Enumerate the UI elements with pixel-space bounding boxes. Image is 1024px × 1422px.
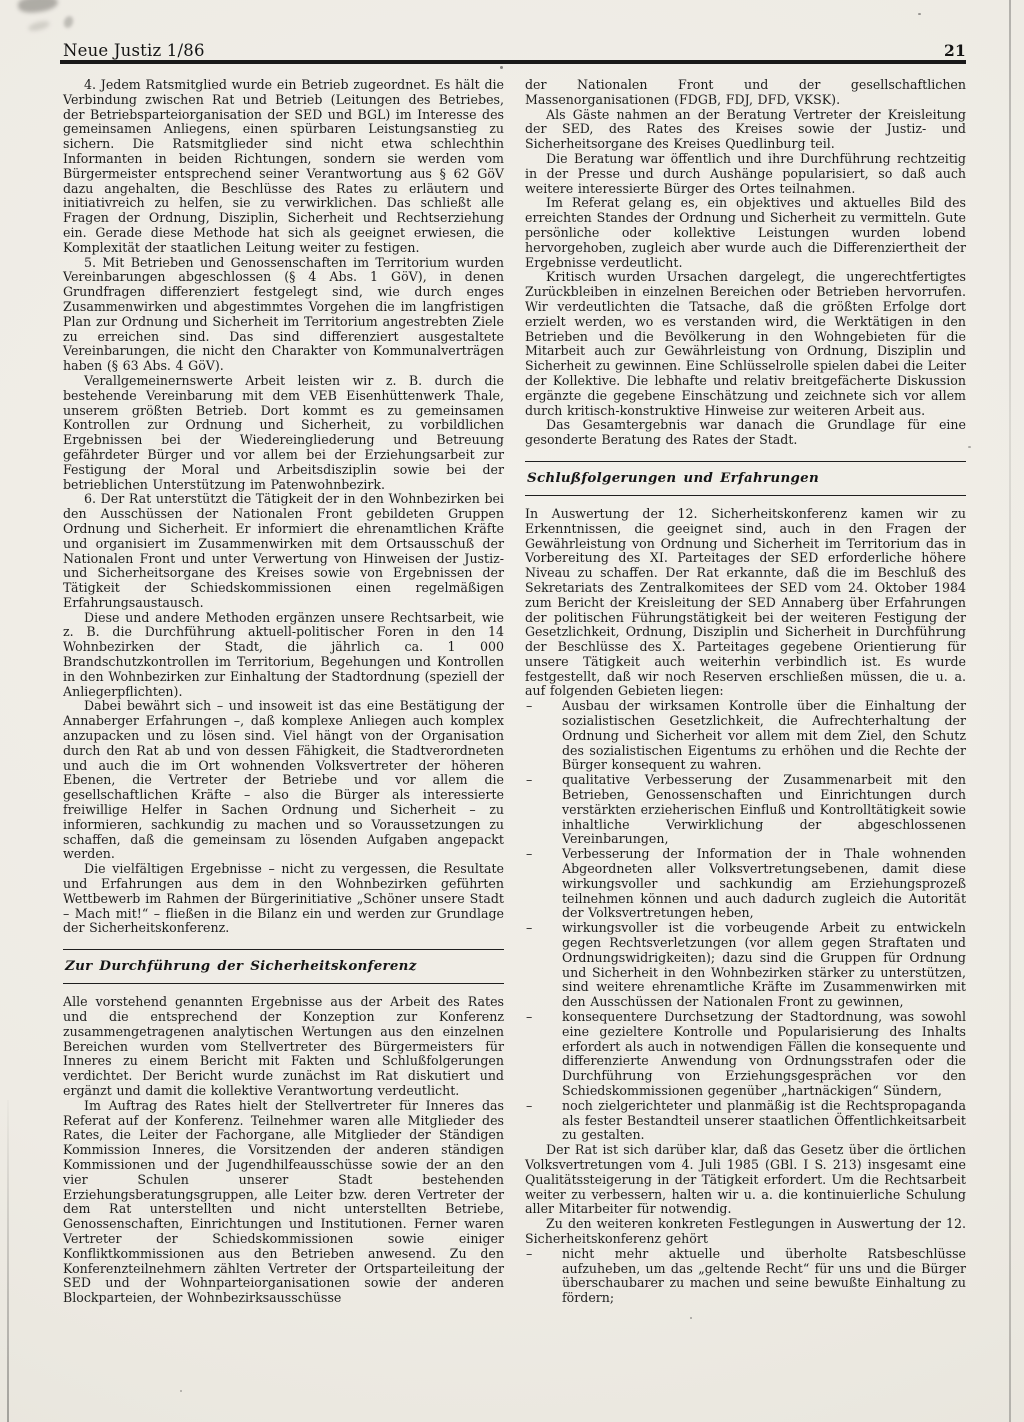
page-number: 21 (944, 41, 966, 60)
list-item-text: wirkungsvoller ist die vorbeugende Arbei… (562, 920, 966, 1009)
list-item: – wirkungsvoller ist die vorbeugende Arb… (525, 921, 966, 1010)
scan-speck (180, 1390, 182, 1392)
header-rule (60, 60, 966, 64)
dash-list: – Ausbau der wirksamen Kontrolle über di… (525, 699, 966, 1143)
paragraph: Im Auftrag des Rates hielt der Stellvert… (63, 1099, 504, 1306)
list-item-text: nicht mehr aktuelle und überholte Ratsbe… (562, 1246, 966, 1305)
list-item: – nicht mehr aktuelle und überholte Rats… (525, 1247, 966, 1306)
dash-marker: – (526, 1247, 532, 1262)
journal-title: Neue Justiz 1/86 (63, 41, 205, 60)
paragraph: 4. Jedem Ratsmitglied wurde ein Betrieb … (63, 78, 504, 256)
paragraph: Als Gäste nahmen an der Beratung Vertret… (525, 108, 966, 152)
paragraph: Dabei bewährt sich – und insoweit ist da… (63, 699, 504, 862)
section-heading-schlussfolgerungen: Schlußfolgerungen und Erfahrungen (525, 461, 966, 496)
page-header: Neue Justiz 1/86 21 (63, 41, 966, 60)
scan-smudge (27, 19, 50, 32)
dash-marker: – (526, 847, 532, 862)
scan-speck (918, 13, 921, 15)
paragraph: Das Gesamtergebnis war danach die Grundl… (525, 418, 966, 448)
paragraph: der Nationalen Front und der gesellschaf… (525, 78, 966, 108)
paragraph: Diese und andere Methoden ergänzen unser… (63, 611, 504, 700)
paragraph: In Auswertung der 12. Sicherheitskonfere… (525, 507, 966, 699)
scan-smudge (62, 15, 75, 29)
right-column: der Nationalen Front und der gesellschaf… (525, 78, 966, 1306)
paragraph: Kritisch wurden Ursachen dargelegt, die … (525, 270, 966, 418)
dash-list: – nicht mehr aktuelle und überholte Rats… (525, 1247, 966, 1306)
section-heading-durchfuehrung: Zur Durchführung der Sicherheitskonferen… (63, 949, 504, 984)
dash-marker: – (526, 773, 532, 788)
list-item-text: qualitative Verbesserung der Zusammenarb… (562, 772, 966, 846)
list-item-text: Ausbau der wirksamen Kontrolle über die … (562, 698, 966, 772)
dash-marker: – (526, 921, 532, 936)
paragraph: 5. Mit Betrieben und Genossenschaften im… (63, 256, 504, 374)
paragraph: Die vielfältigen Ergebnisse – nicht zu v… (63, 862, 504, 936)
scan-speck (500, 66, 503, 69)
scan-speck (968, 446, 971, 448)
list-item: – qualitative Verbesserung der Zusammena… (525, 773, 966, 847)
paragraph: Alle vorstehend genannten Ergebnisse aus… (63, 995, 504, 1099)
scan-smudge (17, 0, 59, 15)
scan-page-edge (7, 1100, 9, 1422)
paragraph: Der Rat ist sich darüber klar, daß das G… (525, 1143, 966, 1217)
scanned-journal-page: Neue Justiz 1/86 21 4. Jedem Ratsmitglie… (0, 0, 1024, 1422)
scan-speck (690, 1317, 692, 1319)
list-item: – noch zielgerichteter und planmäßig ist… (525, 1099, 966, 1143)
list-item: – Ausbau der wirksamen Kontrolle über di… (525, 699, 966, 773)
paragraph: 6. Der Rat unterstützt die Tätigkeit der… (63, 492, 504, 610)
paragraph: Im Referat gelang es, ein objektives und… (525, 196, 966, 270)
paragraph: Die Beratung war öffentlich und ihre Dur… (525, 152, 966, 196)
list-item-text: noch zielgerichteter und planmäßig ist d… (562, 1098, 966, 1143)
list-item: – Verbesserung der Information der in Th… (525, 847, 966, 921)
list-item-text: konsequentere Durchsetzung der Stadtordn… (562, 1009, 966, 1098)
paragraph: Zu den weiteren konkreten Festlegungen i… (525, 1217, 966, 1247)
dash-marker: – (526, 1099, 532, 1114)
page-body: 4. Jedem Ratsmitglied wurde ein Betrieb … (63, 78, 966, 1306)
dash-marker: – (526, 699, 532, 714)
scan-page-edge (1009, 0, 1011, 1422)
left-column: 4. Jedem Ratsmitglied wurde ein Betrieb … (63, 78, 504, 1306)
list-item: – konsequentere Durchsetzung der Stadtor… (525, 1010, 966, 1099)
dash-marker: – (526, 1010, 532, 1025)
paragraph: Verallgemeinernswerte Arbeit leisten wir… (63, 374, 504, 492)
list-item-text: Verbesserung der Information der in Thal… (562, 846, 966, 920)
